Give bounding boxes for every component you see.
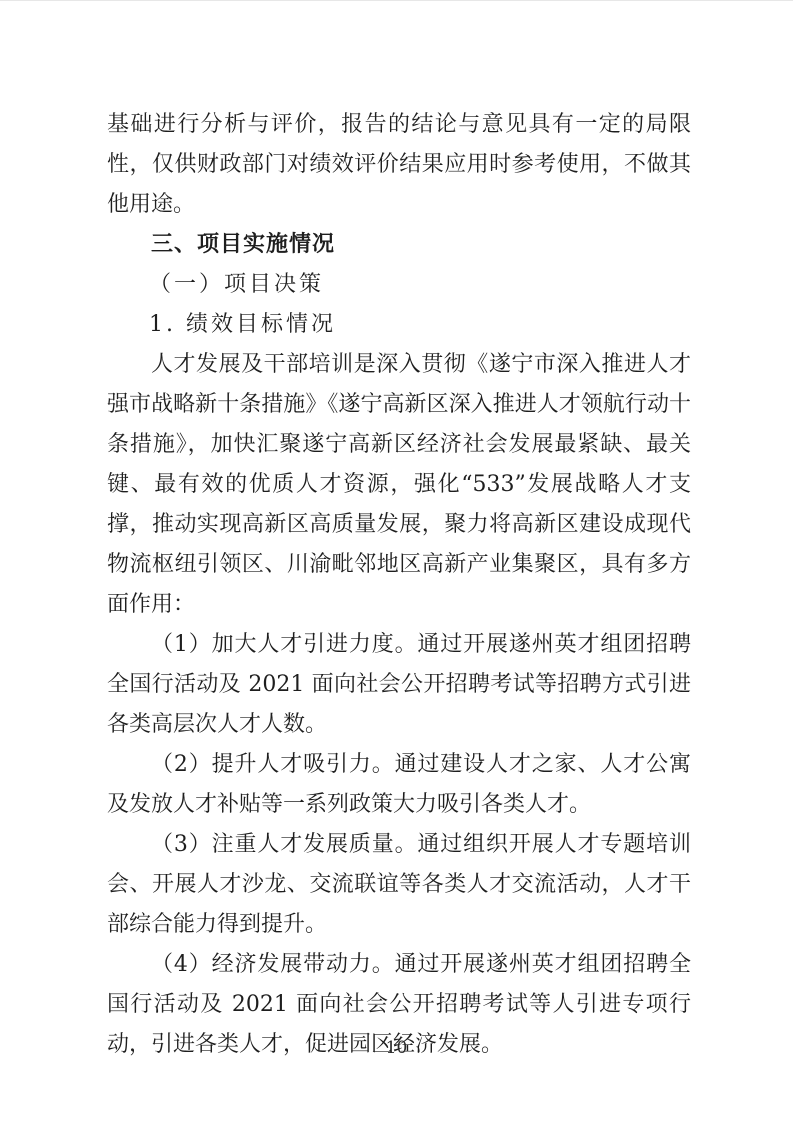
- heading-item-performance-goals: 1. 绩效目标情况: [107, 305, 691, 345]
- document-body: 基础进行分析与评价，报告的结论与意见具有一定的局限性，仅供财政部门对绩效评价结果…: [107, 105, 691, 1065]
- page-footer: 10: [0, 1037, 793, 1059]
- paragraph-point-3-talent-quality: （3）注重人才发展质量。通过组织开展人才专题培训会、开展人才沙龙、交流联谊等各类…: [107, 825, 691, 945]
- page-number: 10: [386, 1038, 408, 1058]
- paragraph-talent-development-overview: 人才发展及干部培训是深入贯彻《遂宁市深入推进人才强市战略新十条措施》《遂宁高新区…: [107, 345, 691, 625]
- paragraph-point-1-talent-recruitment: （1）加大人才引进力度。通过开展遂州英才组团招聘全国行活动及 2021 面向社会…: [107, 625, 691, 745]
- document-page: 基础进行分析与评价，报告的结论与意见具有一定的局限性，仅供财政部门对绩效评价结果…: [0, 0, 793, 1123]
- heading-section-project-implementation: 三、项目实施情况: [107, 225, 691, 265]
- paragraph-report-limitations-continuation: 基础进行分析与评价，报告的结论与意见具有一定的局限性，仅供财政部门对绩效评价结果…: [107, 105, 691, 225]
- heading-subsection-project-decision: （一）项目决策: [107, 265, 691, 305]
- paragraph-point-2-talent-attraction: （2）提升人才吸引力。通过建设人才之家、人才公寓及发放人才补贴等一系列政策大力吸…: [107, 745, 691, 825]
